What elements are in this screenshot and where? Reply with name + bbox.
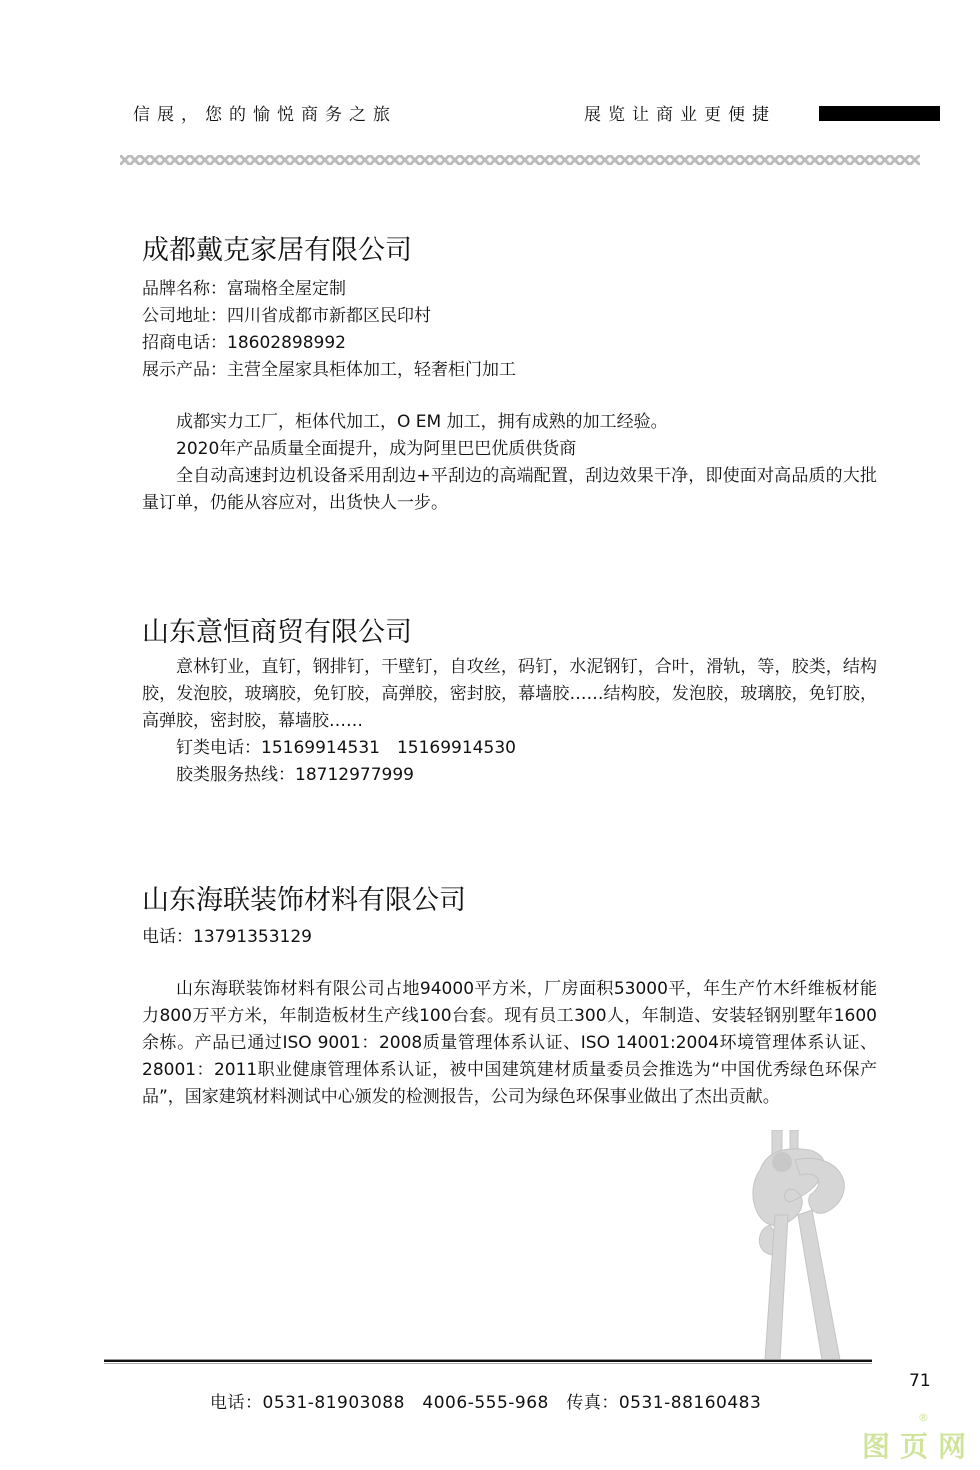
field-value: 13791353129 bbox=[193, 927, 312, 947]
watermark-logo: 图页网® bbox=[862, 1425, 976, 1465]
company-title-2: 山东意恒商贸有限公司 bbox=[142, 610, 412, 649]
company-2-description: 意林钉业，直钉，钢排钉，干壁钉，自攻丝，码钉，水泥钢钉，合叶，滑轨，等，胶类，结… bbox=[142, 654, 877, 789]
company-title-1: 成都戴克家居有限公司 bbox=[142, 228, 412, 267]
paragraph: 全自动高速封边机设备采用刮边+平刮边的高端配置，刮边效果干净，即使面对高品质的大… bbox=[142, 463, 877, 517]
company-2-field-nail-phone: 钉类电话：15169914531 15169914530 bbox=[142, 735, 877, 762]
field-label: 品牌名称： bbox=[142, 279, 227, 299]
footer-divider bbox=[104, 1359, 872, 1362]
header-black-bar bbox=[819, 106, 940, 121]
field-label: 胶类服务热线： bbox=[176, 765, 295, 785]
decorative-sculpture-image bbox=[750, 1130, 890, 1360]
company-1-description: 成都实力工厂，柜体代加工，O EM 加工，拥有成熟的加工经验。 2020年产品质… bbox=[142, 409, 877, 517]
company-2-field-glue-hotline: 胶类服务热线：18712977999 bbox=[142, 762, 877, 789]
company-1-field-address: 公司地址：四川省成都市新都区民印村 bbox=[142, 303, 431, 330]
registered-mark-icon: ® bbox=[918, 1411, 939, 1424]
header-slogan-right: 展览让商业更便捷 bbox=[584, 100, 776, 125]
field-label: 电话： bbox=[142, 927, 193, 947]
company-title-3: 山东海联装饰材料有限公司 bbox=[142, 878, 466, 917]
company-1-field-products: 展示产品：主营全屋家具柜体加工，轻奢柜门加工 bbox=[142, 357, 516, 384]
company-1-field-phone: 招商电话：18602898992 bbox=[142, 330, 346, 357]
field-label: 公司地址： bbox=[142, 306, 227, 326]
field-value: 18712977999 bbox=[295, 765, 414, 785]
company-1-field-brand: 品牌名称：富瑞格全屋定制 bbox=[142, 276, 346, 303]
field-label: 展示产品： bbox=[142, 360, 227, 380]
field-value: 15169914531 15169914530 bbox=[261, 738, 516, 758]
company-3-field-phone: 电话：13791353129 bbox=[142, 924, 312, 951]
field-value: 主营全屋家具柜体加工，轻奢柜门加工 bbox=[227, 360, 516, 380]
paragraph: 成都实力工厂，柜体代加工，O EM 加工，拥有成熟的加工经验。 bbox=[142, 409, 877, 436]
footer-divider-shadow bbox=[104, 1363, 872, 1364]
paragraph: 山东海联装饰材料有限公司占地94000平方米，厂房面积53000平，年生产竹木纤… bbox=[142, 976, 877, 1111]
footer-contact: 电话：0531-81903088 4006-555-968 传真：0531-88… bbox=[210, 1388, 761, 1413]
watermark-text: 图页网 bbox=[862, 1430, 976, 1463]
paragraph: 意林钉业，直钉，钢排钉，干壁钉，自攻丝，码钉，水泥钢钉，合叶，滑轨，等，胶类，结… bbox=[142, 654, 877, 735]
page-number: 71 bbox=[909, 1371, 931, 1391]
header-slogan-left: 信展，您的愉悦商务之旅 bbox=[133, 100, 397, 125]
company-3-description: 山东海联装饰材料有限公司占地94000平方米，厂房面积53000平，年生产竹木纤… bbox=[142, 976, 877, 1111]
paragraph: 2020年产品质量全面提升，成为阿里巴巴优质供货商 bbox=[142, 436, 877, 463]
field-label: 钉类电话： bbox=[176, 738, 261, 758]
decorative-zigzag-divider bbox=[120, 155, 920, 165]
field-label: 招商电话： bbox=[142, 333, 227, 353]
field-value: 四川省成都市新都区民印村 bbox=[227, 306, 431, 326]
field-value: 18602898992 bbox=[227, 333, 346, 353]
field-value: 富瑞格全屋定制 bbox=[227, 279, 346, 299]
